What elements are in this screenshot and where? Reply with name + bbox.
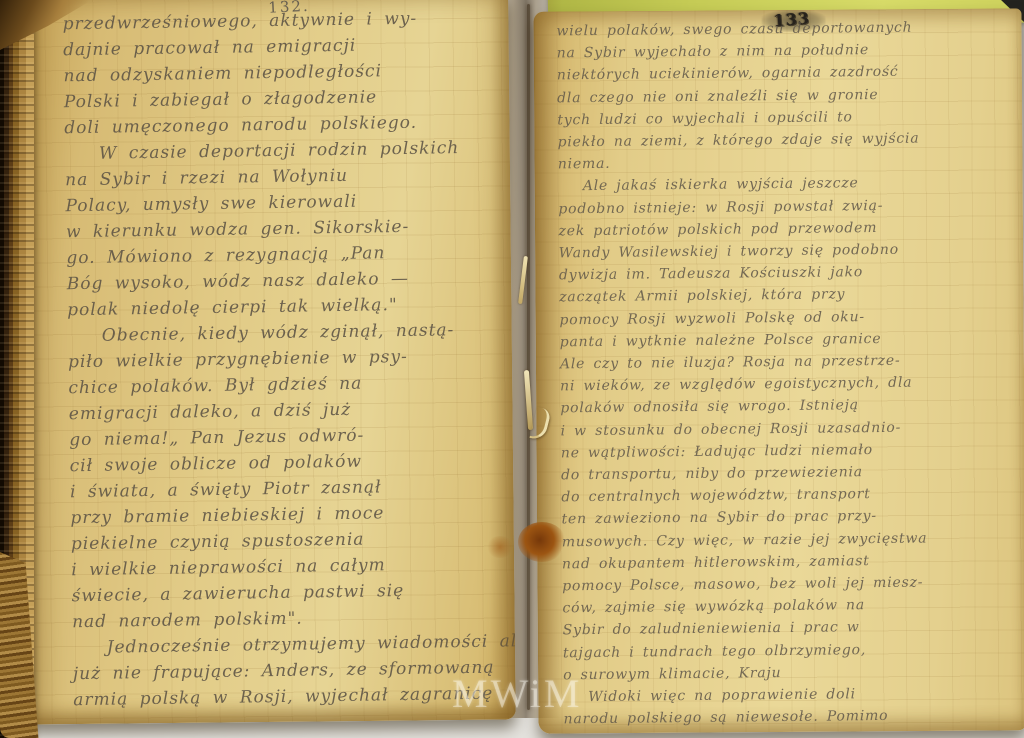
- handwriting-line: armią polską w Rosji, wyjechał zagranicę: [73, 680, 513, 713]
- binding-thread: [524, 370, 533, 430]
- diary-page-right: 133 wielu polaków, swego czasu deportowa…: [533, 8, 1024, 733]
- diary-photo: 132. przedwrześniowego, aktywnie i wy-da…: [0, 0, 1024, 738]
- ink-stain: [486, 536, 514, 558]
- archive-watermark: MWiM: [452, 672, 582, 716]
- handwriting-line: narodu polskiego są niewesołe. Pomimo: [564, 704, 1024, 731]
- handwriting-left: przedwrześniowego, aktywnie i wy-dajnie …: [63, 4, 514, 713]
- diary-page-left: 132. przedwrześniowego, aktywnie i wy-da…: [20, 0, 516, 725]
- binding-crease: [527, 4, 530, 710]
- handwriting-right: wielu polaków, swego czasu deportowanych…: [556, 16, 1024, 731]
- ink-stain: [518, 522, 566, 562]
